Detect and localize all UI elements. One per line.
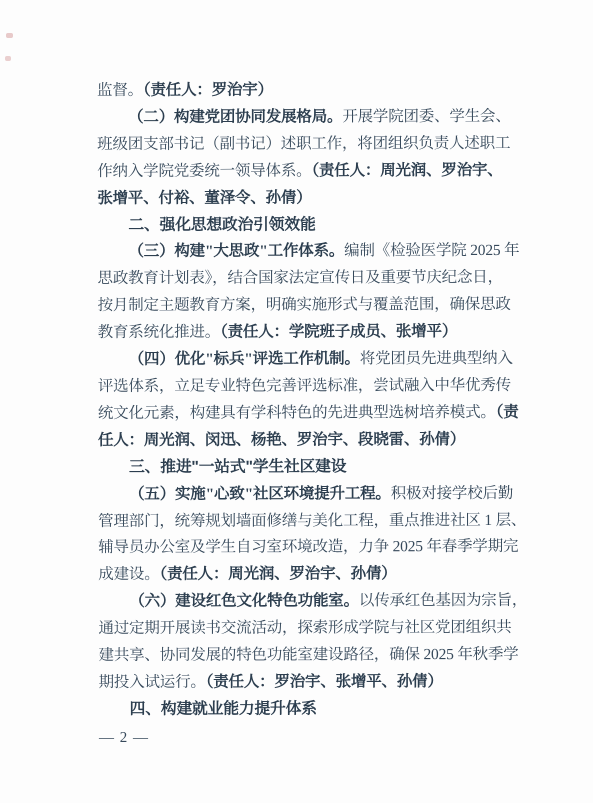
text-line: （二）构建党团协同发展格局。开展学院团委、学生会、 <box>97 104 501 132</box>
text-line: （五）实施"心致"社区环境提升工程。积极对接学校后勤 <box>98 481 502 509</box>
text-segment: 编制《检验医学院 2025 年 <box>344 242 519 259</box>
text-segment: 张增平、付裕、董泽令、孙倩） <box>97 189 311 207</box>
text-line: 思政教育计划表》，结合国家法定宣传日及重要节庆纪念日， <box>97 265 501 293</box>
text-segment: 按月制定主题教育方案，明确实施形式与覆盖范围，确保思政 <box>98 296 511 314</box>
text-line: （六）建设红色文化特色功能室。以传承红色基因为宗旨， <box>98 588 502 616</box>
text-line: （三）构建"大思政"工作体系。编制《检验医学院 2025 年 <box>97 238 501 266</box>
text-line: 作纳入学院党委统一领导体系。（责任人：周光润、罗治宇、 <box>97 158 501 186</box>
text-line: 教育系统化推进。（责任人：学院班子成员、张增平） <box>98 319 502 347</box>
text-segment: （责任人：学院班子成员、张增平） <box>220 323 457 341</box>
text-segment: 以传承红色基因为宗旨， <box>359 592 527 609</box>
text-segment: 积极对接学校后勤 <box>391 485 513 502</box>
section-heading: 三、推进"一站式"学生社区建设 <box>98 454 502 482</box>
text-segment: 班级团支部书记（副书记）述职工作，将团组织负责人述职工 <box>97 135 510 153</box>
text-segment: （责任人：罗治宇、张增平、孙倩） <box>206 673 443 691</box>
text-segment: 教育系统化推进。 <box>98 324 220 341</box>
text-line: 按月制定主题教育方案，明确实施形式与覆盖范围，确保思政 <box>98 292 502 320</box>
text-segment: （三）构建"大思政"工作体系。 <box>128 243 344 261</box>
text-segment: 任人：周光润、闵迅、杨艳、罗治宇、段晓雷、孙倩） <box>98 431 465 449</box>
document-body: 监督。（责任人：罗治宇）（二）构建党团协同发展格局。开展学院团委、学生会、班级团… <box>97 77 503 724</box>
text-line: 期投入试运行。（责任人：罗治宇、张增平、孙倩） <box>99 669 503 697</box>
text-segment: 通过定期开展读书交流活动，探索形成学院与社区党团组织共 <box>98 619 511 637</box>
text-segment: 期投入试运行。 <box>99 674 206 691</box>
text-segment: （责任人：周光润、罗治宇、 <box>311 162 502 180</box>
text-line: 张增平、付裕、董泽令、孙倩） <box>97 185 501 213</box>
scan-artifact-speck <box>6 33 13 38</box>
section-heading: 四、构建就业能力提升体系 <box>99 696 503 724</box>
text-segment: 将党团员先进典型纳入 <box>360 350 513 367</box>
text-segment: 四、构建就业能力提升体系 <box>130 700 317 717</box>
text-segment: 统文化元素，构建具有学科特色的先进典型选树培养模式。 <box>98 404 496 422</box>
text-line: 任人：周光润、闵迅、杨艳、罗治宇、段晓雷、孙倩） <box>98 427 502 455</box>
text-segment: 思政教育计划表》，结合国家法定宣传日及重要节庆纪念日， <box>98 269 503 287</box>
text-segment: （责任人：罗治宇） <box>143 82 273 99</box>
text-segment: （五）实施"心致"社区环境提升工程。 <box>129 485 391 503</box>
text-line: 评选体系，立足专业特色完善评选标准，尝试融入中华优秀传 <box>98 373 502 401</box>
scan-artifact-speck <box>5 56 11 61</box>
section-heading: 二、强化思想政治引领效能 <box>97 211 501 239</box>
text-line: 辅导员办公室及学生自习室环境改造，力争 2025 年春季学期完 <box>98 534 502 562</box>
text-segment: （四）优化"标兵"评选工作机制。 <box>129 350 360 368</box>
text-segment: 三、推进"一站式"学生社区建设 <box>129 458 346 476</box>
text-line: 建共享、协同发展的特色功能室建设路径，确保 2025 年秋季学 <box>98 642 502 670</box>
text-segment: 开展学院团委、学生会、 <box>342 108 510 125</box>
text-line: 班级团支部书记（副书记）述职工作，将团组织负责人述职工 <box>97 131 501 159</box>
document-page: 监督。（责任人：罗治宇）（二）构建党团协同发展格局。开展学院团委、学生会、班级团… <box>0 0 593 803</box>
text-segment: 监督。 <box>97 82 143 99</box>
text-segment: （二）构建党团协同发展格局。 <box>128 108 342 126</box>
text-line: 监督。（责任人：罗治宇） <box>97 77 501 105</box>
text-line: 统文化元素，构建具有学科特色的先进典型选树培养模式。（责 <box>98 400 502 428</box>
page-number: — 2 — <box>99 728 149 748</box>
text-segment: （责任人：周光润、罗治宇、孙倩） <box>159 566 396 584</box>
text-segment: 二、强化思想政治引领效能 <box>128 216 315 233</box>
text-segment: 作纳入学院党委统一领导体系。 <box>97 162 311 180</box>
text-line: 通过定期开展读书交流活动，探索形成学院与社区党团组织共 <box>98 615 502 643</box>
text-line: （四）优化"标兵"评选工作机制。将党团员先进典型纳入 <box>98 346 502 374</box>
text-segment: 成建设。 <box>98 566 159 583</box>
text-segment: 建共享、协同发展的特色功能室建设路径，确保 2025 年秋季学 <box>98 646 518 664</box>
text-segment: 辅导员办公室及学生自习室环境改造，力争 2025 年春季学期完 <box>98 538 518 556</box>
text-segment: 评选体系，立足专业特色完善评选标准，尝试融入中华优秀传 <box>98 377 511 395</box>
text-line: 成建设。（责任人：周光润、罗治宇、孙倩） <box>98 561 502 589</box>
text-segment: （六）建设红色文化特色功能室。 <box>129 593 359 611</box>
text-line: 管理部门，统筹规划墙面修缮与美化工程，重点推进社区 1 层、 <box>98 507 502 535</box>
text-segment: （责 <box>496 404 519 421</box>
text-segment: 管理部门，统筹规划墙面修缮与美化工程，重点推进社区 1 层、 <box>98 511 526 529</box>
